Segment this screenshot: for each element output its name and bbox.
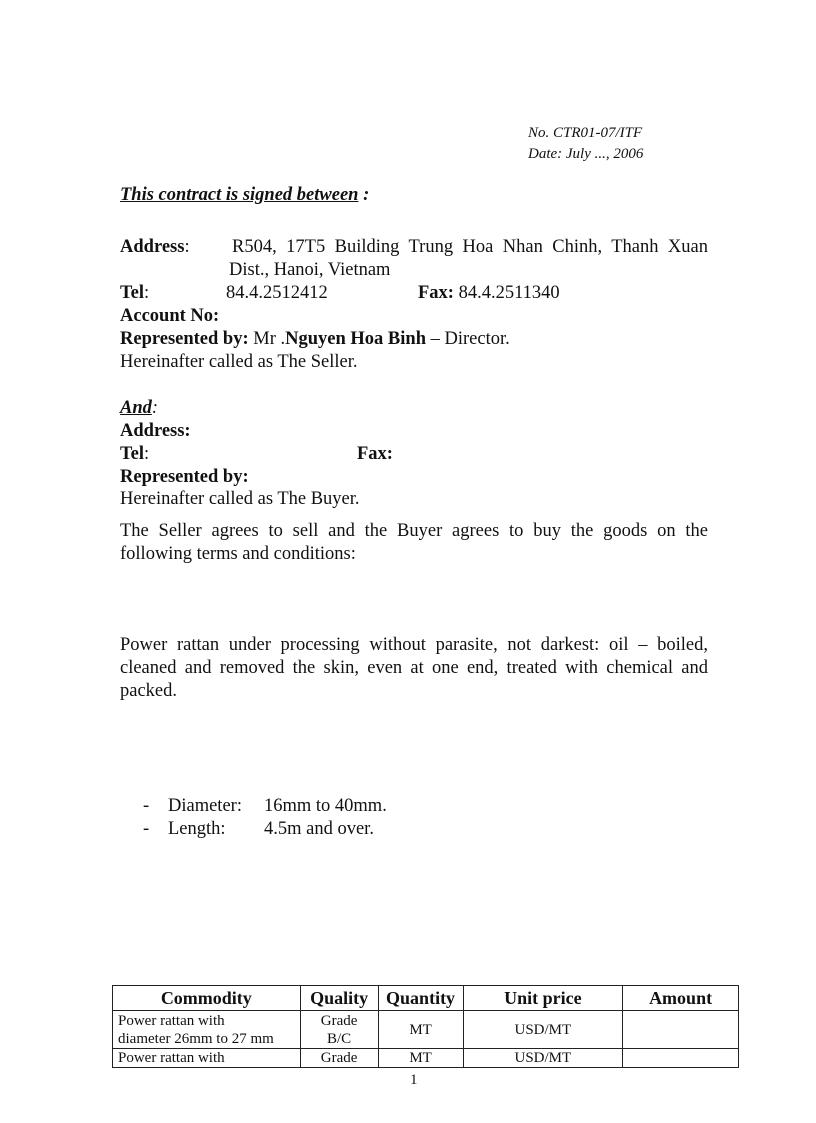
contract-number: No. CTR01-07/ITF bbox=[528, 123, 642, 144]
cell-quality: Grade bbox=[300, 1049, 378, 1068]
table-row: Power rattan withdiameter 26mm to 27 mm … bbox=[113, 1011, 739, 1049]
intro-heading-suffix: : bbox=[358, 185, 369, 205]
contract-date: Date: July ..., 2006 bbox=[528, 144, 643, 165]
header-quality: Quality bbox=[300, 986, 378, 1011]
spec-value-length: 4.5m and over. bbox=[264, 818, 374, 841]
buyer-tel-label: Tel: bbox=[120, 443, 149, 466]
seller-address-line1: R504, 17T5 Building Trung Hoa Nhan Chinh… bbox=[232, 236, 708, 259]
intro-heading-text: This contract is signed between bbox=[120, 185, 358, 205]
cell-commodity: Power rattan withdiameter 26mm to 27 mm bbox=[113, 1011, 301, 1049]
buyer-address-label: Address: bbox=[120, 420, 191, 443]
cell-unit-price: USD/MT bbox=[463, 1049, 623, 1068]
table-header-row: Commodity Quality Quantity Unit price Am… bbox=[113, 986, 739, 1011]
cell-amount bbox=[623, 1049, 739, 1068]
seller-address-label: Address: bbox=[120, 236, 190, 259]
buyer-represented-label: Represented by: bbox=[120, 466, 249, 489]
cell-quality: GradeB/C bbox=[300, 1011, 378, 1049]
cell-quantity: MT bbox=[378, 1049, 463, 1068]
header-amount: Amount bbox=[623, 986, 739, 1011]
goods-table: Commodity Quality Quantity Unit price Am… bbox=[112, 985, 739, 1068]
table-row: Power rattan with Grade MT USD/MT bbox=[113, 1049, 739, 1068]
seller-tel-value: 84.4.2512412 bbox=[226, 282, 328, 305]
agreement-paragraph: The Seller agrees to sell and the Buyer … bbox=[120, 520, 708, 566]
cell-quantity: MT bbox=[378, 1011, 463, 1049]
intro-heading: This contract is signed between : bbox=[120, 185, 369, 206]
cell-unit-price: USD/MT bbox=[463, 1011, 623, 1049]
cell-amount bbox=[623, 1011, 739, 1049]
seller-tel-label: Tel: bbox=[120, 282, 149, 305]
seller-fax: Fax: 84.4.2511340 bbox=[418, 282, 560, 305]
buyer-fax-label: Fax: bbox=[357, 443, 393, 466]
buyer-hereinafter: Hereinafter called as The Buyer. bbox=[120, 488, 360, 511]
buyer-and-label: And: bbox=[120, 397, 158, 420]
spec-bullet: - bbox=[143, 818, 149, 841]
header-commodity: Commodity bbox=[113, 986, 301, 1011]
cell-commodity: Power rattan with bbox=[113, 1049, 301, 1068]
header-unit-price: Unit price bbox=[463, 986, 623, 1011]
spec-label-diameter: Diameter: bbox=[168, 795, 242, 818]
seller-represented: Represented by: Mr .Nguyen Hoa Binh – Di… bbox=[120, 328, 510, 351]
page-number: 1 bbox=[410, 1072, 418, 1089]
seller-hereinafter: Hereinafter called as The Seller. bbox=[120, 351, 357, 374]
spec-label-length: Length: bbox=[168, 818, 226, 841]
commodity-description: Power rattan under processing without pa… bbox=[120, 634, 708, 703]
seller-address-line2: Dist., Hanoi, Vietnam bbox=[229, 259, 390, 282]
spec-value-diameter: 16mm to 40mm. bbox=[264, 795, 387, 818]
seller-account-label: Account No: bbox=[120, 305, 219, 328]
spec-bullet: - bbox=[143, 795, 149, 818]
header-quantity: Quantity bbox=[378, 986, 463, 1011]
